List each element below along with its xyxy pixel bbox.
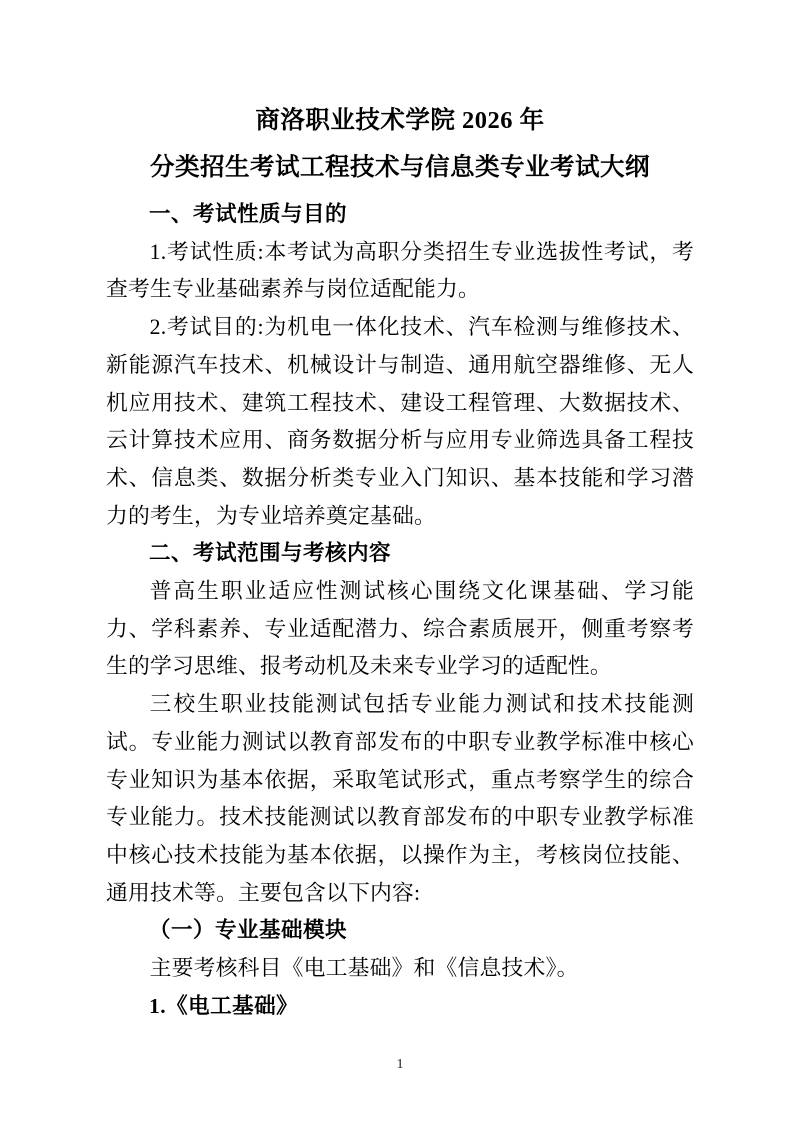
section-heading-exam-nature-purpose: 一、考试性质与目的 (106, 196, 694, 234)
paragraph-exam-purpose: 2.考试目的:为机电一体化技术、汽车检测与维修技术、新能源汽车技术、机械设计与制… (106, 309, 694, 535)
subsection-heading-electrician-basics: 1.《电工基础》 (106, 988, 694, 1026)
paragraph-general-students-test: 普高生职业适应性测试核心围绕文化课基础、学习能力、学科素养、专业适配潜力、综合素… (106, 573, 694, 686)
document-title-line2: 分类招生考试工程技术与信息类专业考试大纲 (106, 144, 694, 191)
subsection-heading-professional-basic-module: （一）专业基础模块 (106, 912, 694, 950)
paragraph-exam-nature: 1.考试性质:本考试为高职分类招生专业选拔性考试，考查考生专业基础素养与岗位适配… (106, 234, 694, 309)
document-page: 商洛职业技术学院 2026 年 分类招生考试工程技术与信息类专业考试大纲 一、考… (0, 0, 800, 1131)
document-title-line1: 商洛职业技术学院 2026 年 (106, 97, 694, 144)
paragraph-assessed-subjects: 主要考核科目《电工基础》和《信息技术》。 (106, 950, 694, 988)
page-number: 1 (397, 1057, 404, 1072)
page-footer: 1 (0, 1055, 800, 1073)
document-body: 一、考试性质与目的 1.考试性质:本考试为高职分类招生专业选拔性考试，考查考生专… (106, 196, 694, 1025)
paragraph-vocational-students-test: 三校生职业技能测试包括专业能力测试和技术技能测试。专业能力测试以教育部发布的中职… (106, 686, 694, 912)
section-heading-exam-scope-content: 二、考试范围与考核内容 (106, 535, 694, 573)
